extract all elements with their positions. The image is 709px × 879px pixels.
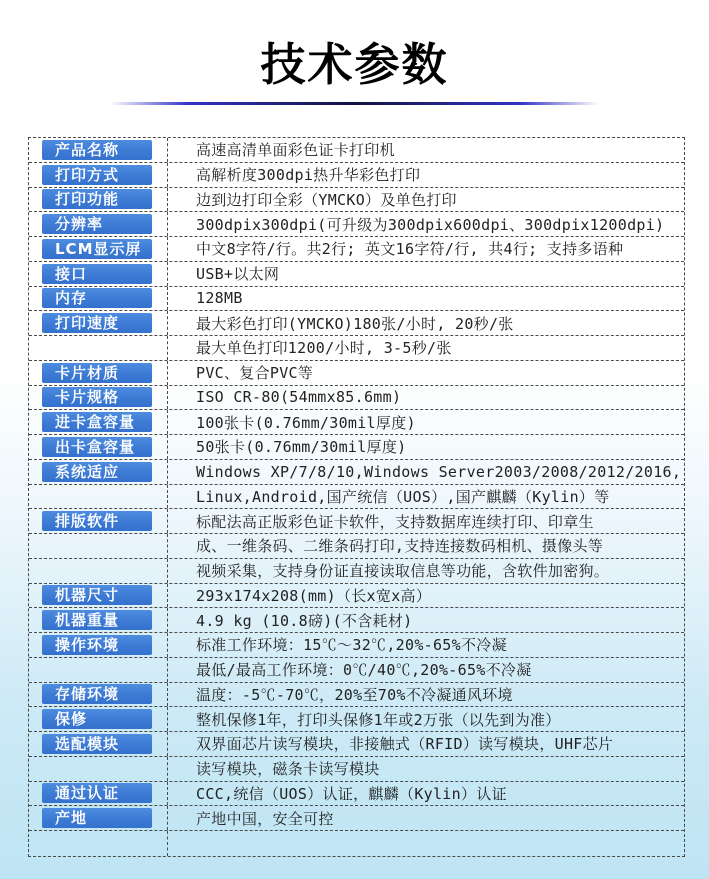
spec-label-cell: 选配模块 <box>29 732 168 756</box>
spec-value: 高速高清单面彩色证卡打印机 <box>168 138 684 162</box>
table-row: 出卡盒容量50张卡(0.76mm/30mil厚度) <box>29 435 684 460</box>
spec-label: 卡片材质 <box>42 363 152 383</box>
table-row: 存储环境温度：-5℃-70℃，20%至70%不冷凝通风环境 <box>29 683 684 708</box>
spec-value: 成、一维条码、二维条码打印,支持连接数码相机、摄像头等 <box>168 534 684 558</box>
table-row: 成、一维条码、二维条码打印,支持连接数码相机、摄像头等 <box>29 534 684 559</box>
table-row: 排版软件标配法高正版彩色证卡软件，支持数据库连续打印、印章生 <box>29 509 684 534</box>
spec-value: 标配法高正版彩色证卡软件，支持数据库连续打印、印章生 <box>168 509 684 533</box>
table-row: 操作环境标准工作环境：15℃～32℃,20%-65%不冷凝 <box>29 633 684 658</box>
spec-label-cell: 系统适应 <box>29 460 168 484</box>
spec-label-cell: 保修 <box>29 707 168 731</box>
spec-value: 读写模块，磁条卡读写模块 <box>168 757 684 781</box>
spec-label: 保修 <box>42 709 152 729</box>
spec-label-cell: LCM显示屏 <box>29 237 168 261</box>
spec-value: 最低/最高工作环境：0℃/40℃,20%-65%不冷凝 <box>168 658 684 682</box>
spec-label: 排版软件 <box>42 511 152 531</box>
spec-label: 通过认证 <box>42 783 152 803</box>
page-title: 技术参数 <box>0 40 709 90</box>
table-row: 接口USB+以太网 <box>29 262 684 287</box>
spec-value: PVC、复合PVC等 <box>168 361 684 385</box>
spec-value: 最大彩色打印(YMCKO)180张/小时, 20秒/张 <box>168 311 684 335</box>
spec-label-cell: 接口 <box>29 262 168 286</box>
table-row: 系统适应Windows XP/7/8/10,Windows Server2003… <box>29 460 684 485</box>
spec-label: 卡片规格 <box>42 387 152 407</box>
table-row: 最大单色打印1200/小时, 3-5秒/张 <box>29 336 684 361</box>
table-row: 机器重量4.9 kg (10.8磅)(不含耗材) <box>29 608 684 633</box>
spec-label: 分辨率 <box>42 214 152 234</box>
spec-value: 整机保修1年，打印头保修1年或2万张（以先到为准） <box>168 707 684 731</box>
spec-value: 100张卡(0.76mm/30mil厚度) <box>168 410 684 434</box>
spec-value: 产地中国，安全可控 <box>168 806 684 830</box>
spec-label-cell: 机器重量 <box>29 608 168 632</box>
spec-label-cell: 通过认证 <box>29 782 168 806</box>
table-row: 视频采集，支持身份证直接读取信息等功能，含软件加密狗。 <box>29 559 684 584</box>
spec-label-cell <box>29 534 168 558</box>
spec-label-cell <box>29 559 168 583</box>
spec-label: 出卡盒容量 <box>42 437 152 457</box>
spec-label: 机器尺寸 <box>42 585 152 605</box>
table-row: 通过认证CCC,统信（UOS）认证，麒麟（Kylin）认证 <box>29 782 684 807</box>
table-row: 产地产地中国，安全可控 <box>29 806 684 831</box>
spec-value: 4.9 kg (10.8磅)(不含耗材) <box>168 608 684 632</box>
spec-value: 标准工作环境：15℃～32℃,20%-65%不冷凝 <box>168 633 684 657</box>
table-row: 分辨率300dpix300dpi(可升级为300dpix600dpi、300dp… <box>29 212 684 237</box>
spec-value: Windows XP/7/8/10,Windows Server2003/200… <box>168 460 684 484</box>
spec-label-cell: 分辨率 <box>29 212 168 236</box>
spec-label-cell: 卡片规格 <box>29 386 168 410</box>
table-row: 打印方式高解析度300dpi热升华彩色打印 <box>29 163 684 188</box>
spec-label-cell: 内存 <box>29 287 168 311</box>
table-row: 最低/最高工作环境：0℃/40℃,20%-65%不冷凝 <box>29 658 684 683</box>
spec-value: ISO CR-80(54mmx85.6mm) <box>168 386 684 410</box>
spec-label-cell <box>29 757 168 781</box>
spec-label: 打印功能 <box>42 189 152 209</box>
spec-value: 双界面芯片读写模块，非接触式（RFID）读写模块，UHF芯片 <box>168 732 684 756</box>
spec-value: 边到边打印全彩（YMCKO）及单色打印 <box>168 188 684 212</box>
spec-label-cell: 产品名称 <box>29 138 168 162</box>
spec-label: 打印速度 <box>42 313 152 333</box>
spec-label: 产地 <box>42 808 152 828</box>
spec-value <box>168 831 684 856</box>
table-row: 进卡盒容量100张卡(0.76mm/30mil厚度) <box>29 410 684 435</box>
spec-label-cell: 机器尺寸 <box>29 584 168 608</box>
spec-table: 产品名称高速高清单面彩色证卡打印机 打印方式高解析度300dpi热升华彩色打印 … <box>28 137 685 857</box>
table-row: 打印功能边到边打印全彩（YMCKO）及单色打印 <box>29 188 684 213</box>
title-divider <box>109 102 599 105</box>
spec-label-cell: 产地 <box>29 806 168 830</box>
spec-label: 内存 <box>42 288 152 308</box>
spec-label: 存储环境 <box>42 684 152 704</box>
spec-label: 接口 <box>42 264 152 284</box>
spec-value: 高解析度300dpi热升华彩色打印 <box>168 163 684 187</box>
spec-label-cell: 打印速度 <box>29 311 168 335</box>
spec-label: 系统适应 <box>42 462 152 482</box>
spec-label-cell: 存储环境 <box>29 683 168 707</box>
spec-value: 300dpix300dpi(可升级为300dpix600dpi、300dpix1… <box>168 212 684 236</box>
table-row: 内存128MB <box>29 287 684 312</box>
spec-value: 中文8字符/行。共2行; 英文16字符/行, 共4行; 支持多语种 <box>168 237 684 261</box>
spec-label: 产品名称 <box>42 140 152 160</box>
spec-label-cell: 打印方式 <box>29 163 168 187</box>
spec-label: 进卡盒容量 <box>42 412 152 432</box>
table-row: LCM显示屏中文8字符/行。共2行; 英文16字符/行, 共4行; 支持多语种 <box>29 237 684 262</box>
spec-label: 选配模块 <box>42 734 152 754</box>
spec-value: 视频采集，支持身份证直接读取信息等功能，含软件加密狗。 <box>168 559 684 583</box>
spec-label: 操作环境 <box>42 635 152 655</box>
spec-label: 机器重量 <box>42 610 152 630</box>
spec-label-cell: 操作环境 <box>29 633 168 657</box>
spec-value: Linux,Android,国产统信（UOS）,国产麒麟（Kylin）等 <box>168 485 684 509</box>
spec-label-cell: 出卡盒容量 <box>29 435 168 459</box>
spec-label: LCM显示屏 <box>42 239 152 259</box>
table-row: 打印速度最大彩色打印(YMCKO)180张/小时, 20秒/张 <box>29 311 684 336</box>
spec-label-cell: 排版软件 <box>29 509 168 533</box>
table-row: 保修整机保修1年，打印头保修1年或2万张（以先到为准） <box>29 707 684 732</box>
spec-label-cell <box>29 658 168 682</box>
spec-value: CCC,统信（UOS）认证，麒麟（Kylin）认证 <box>168 782 684 806</box>
spec-value: 温度：-5℃-70℃，20%至70%不冷凝通风环境 <box>168 683 684 707</box>
spec-value: 50张卡(0.76mm/30mil厚度) <box>168 435 684 459</box>
spec-value: 128MB <box>168 287 684 311</box>
spec-label-cell <box>29 831 168 856</box>
spec-label-cell <box>29 485 168 509</box>
spec-label-cell: 进卡盒容量 <box>29 410 168 434</box>
spec-label: 打印方式 <box>42 165 152 185</box>
table-row: 卡片规格ISO CR-80(54mmx85.6mm) <box>29 386 684 411</box>
table-row: 卡片材质PVC、复合PVC等 <box>29 361 684 386</box>
spec-label-cell: 卡片材质 <box>29 361 168 385</box>
table-row: 选配模块双界面芯片读写模块，非接触式（RFID）读写模块，UHF芯片 <box>29 732 684 757</box>
spec-value: 293x174x208(mm)（长x宽x高） <box>168 584 684 608</box>
table-row: 产品名称高速高清单面彩色证卡打印机 <box>29 138 684 163</box>
spec-value: 最大单色打印1200/小时, 3-5秒/张 <box>168 336 684 360</box>
table-row: 读写模块，磁条卡读写模块 <box>29 757 684 782</box>
table-row <box>29 831 684 856</box>
spec-label-cell: 打印功能 <box>29 188 168 212</box>
table-row: 机器尺寸293x174x208(mm)（长x宽x高） <box>29 584 684 609</box>
spec-value: USB+以太网 <box>168 262 684 286</box>
spec-label-cell <box>29 336 168 360</box>
table-row: Linux,Android,国产统信（UOS）,国产麒麟（Kylin）等 <box>29 485 684 510</box>
